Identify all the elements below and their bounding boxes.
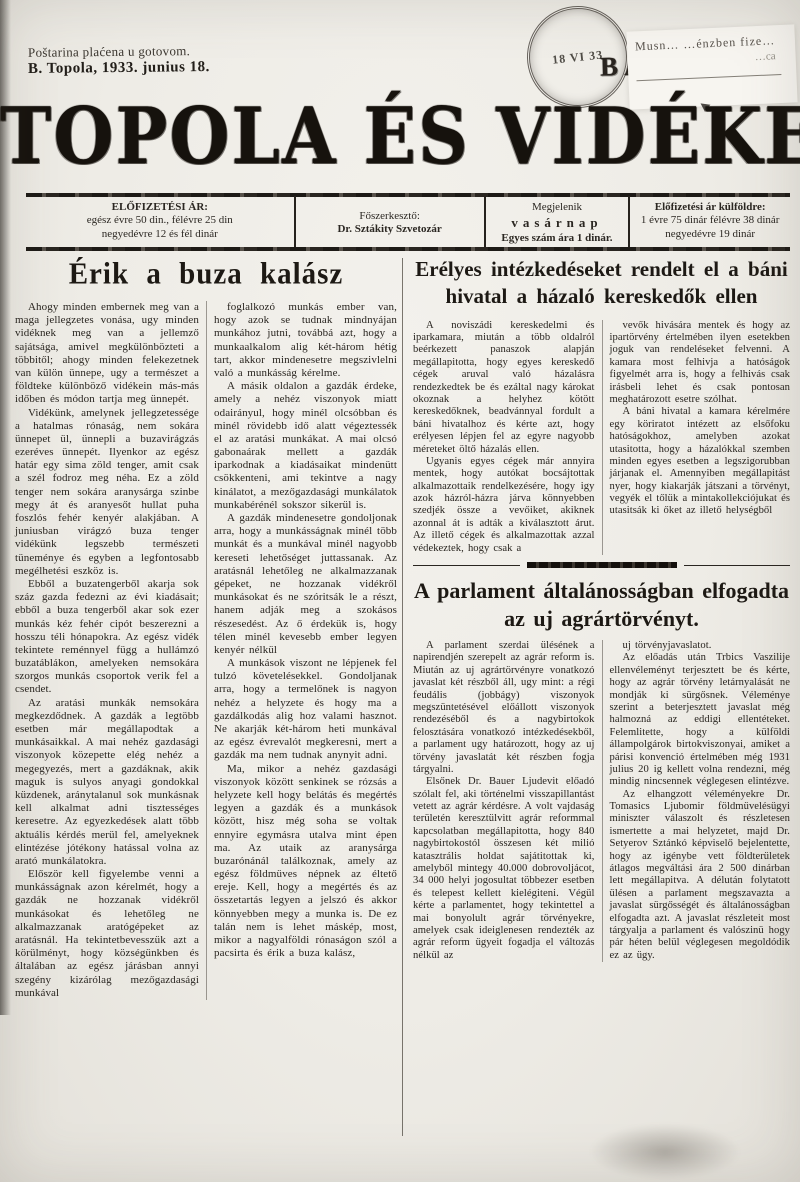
paragraph: Ahogy minden embernek meg van a maga jel…	[15, 301, 199, 407]
separator-center-bar	[527, 562, 677, 568]
article1-columns: Ahogy minden embernek meg van a maga jel…	[15, 301, 397, 1000]
dateline: B. Topola, 1933. junius 18.	[28, 59, 210, 78]
article2-columns: A noviszádi kereskedelmi és iparkamara, …	[413, 320, 790, 555]
infobar: ELŐFIZETÉSI ÁR: egész évre 50 din., félé…	[26, 196, 790, 250]
scan-smudge	[590, 1124, 740, 1180]
paragraph: A másik oldalon a gazdák érdeke, amely a…	[214, 380, 397, 512]
article1-column-1: Ahogy minden embernek meg van a maga jel…	[15, 301, 206, 1000]
paragraph: Vidékünk, amelynek jellegzetessége a hat…	[15, 407, 199, 578]
paragraph: A munkások viszont ne lépjenek fel tulzó…	[214, 657, 397, 763]
price-line: Egyes szám ára 1 dinár.	[492, 232, 623, 245]
subscription-title: ELŐFIZETÉSI ÁR:	[32, 201, 288, 214]
right-page-half: Erélyes intézkedéseket rendelt el a báni…	[413, 254, 790, 962]
editor-label: Főszerkesztő:	[302, 210, 478, 223]
paragraph: Elsőnek Dr. Bauer Ljudevit előadó szólal…	[413, 776, 595, 962]
paragraph: Ugyanis egyes cégek már annyira mentek, …	[413, 456, 595, 555]
appears-day: vasárnap	[492, 215, 623, 231]
foreign-line2: negyedévre 19 dinár	[636, 228, 784, 241]
subscription-price-cell: ELŐFIZETÉSI ÁR: egész évre 50 din., félé…	[26, 196, 294, 250]
article2-column-1: A noviszádi kereskedelmi és iparkamara, …	[413, 320, 602, 555]
article2-column-2: vevők hivására mentek és hogy az ipartör…	[602, 320, 791, 555]
publication-cell: Megjelenik vasárnap Egyes szám ára 1 din…	[484, 196, 629, 250]
paragraph: Először kell figyelembe venni a munkássá…	[15, 868, 199, 1000]
article1-column-2: foglalkozó munkás ember van, hogy azok s…	[206, 301, 397, 1000]
article-agrarian-law: A parlament általánosságban elfogadta az…	[413, 577, 790, 962]
paragraph: Az aratási munkák nemsokára megkezdődnek…	[15, 697, 199, 868]
paragraph: vevők hivására mentek és hogy az ipartör…	[610, 320, 791, 407]
separator-line-left	[413, 565, 520, 566]
article2-title: Erélyes intézkedéseket rendelt el a báni…	[413, 256, 790, 311]
slip-rule	[637, 74, 782, 81]
subscription-line1: egész évre 50 din., félévre 25 din	[32, 214, 288, 227]
subscription-line2: negyedévre 12 és fél dinár	[32, 228, 288, 241]
newspaper-page: Poštarina plaćena u gotovom. B. Topola, …	[0, 0, 800, 1182]
appears-label: Megjelenik	[492, 201, 623, 214]
paragraph: Ebből a buzatengerből akarja sok száz ga…	[15, 578, 199, 697]
postage-note: Poštarina plaćena u gotovom.	[28, 43, 190, 61]
infobar-bottom-rule	[26, 247, 790, 251]
article-separator	[413, 562, 790, 568]
article3-column-1: A parlament szerdai ülésének a napirendj…	[413, 640, 602, 962]
paragraph: Az elhangzott véleményekre Dr. Tomasics …	[610, 789, 791, 962]
article-peddlers-ban: Erélyes intézkedéseket rendelt el a báni…	[413, 256, 790, 555]
paragraph: uj törvényjavaslatot.	[610, 640, 791, 652]
editor-name: Dr. Sztákity Szvetozár	[302, 223, 478, 236]
paragraph: A parlament szerdai ülésének a napirendj…	[413, 640, 595, 776]
paragraph: foglalkozó munkás ember van, hogy azok s…	[214, 301, 397, 380]
paragraph: A báni hivatal a kamara kérelmére egy kö…	[610, 406, 791, 518]
foreign-title: Előfizetési ár külföldre:	[636, 201, 784, 214]
foreign-line1: 1 évre 75 dinár félévre 38 dinár	[636, 214, 784, 227]
article3-columns: A parlament szerdai ülésének a napirendj…	[413, 640, 790, 962]
foreign-subscription-cell: Előfizetési ár külföldre: 1 évre 75 diná…	[628, 196, 790, 250]
article3-title: A parlament általánosságban elfogadta az…	[413, 577, 790, 632]
editor-cell: Főszerkesztő: Dr. Sztákity Szvetozár	[294, 196, 484, 250]
article1-title: Érik a buza kalász	[15, 257, 397, 292]
paragraph: A noviszádi kereskedelmi és iparkamara, …	[413, 320, 595, 456]
paragraph: Az előadás után Trbics Vaszilije ellenvé…	[610, 652, 791, 788]
paragraph: A gazdák mindenesetre gondoljonak arra, …	[214, 512, 397, 657]
paragraph: Ma, mikor a nehéz gazdasági viszonyok kö…	[214, 763, 397, 961]
postmark-date: 18 VI 33	[552, 47, 604, 67]
newspaper-masthead-title: TOPOLA ÉS VIDÉKE	[0, 91, 800, 182]
article3-column-2: uj törvényjavaslatot.Az előadás után Trb…	[602, 640, 791, 962]
column-divider-rule	[402, 258, 403, 1136]
article-wheat-harvest: Érik a buza kalász Ahogy minden embernek…	[15, 254, 397, 1000]
separator-line-right	[684, 565, 791, 566]
